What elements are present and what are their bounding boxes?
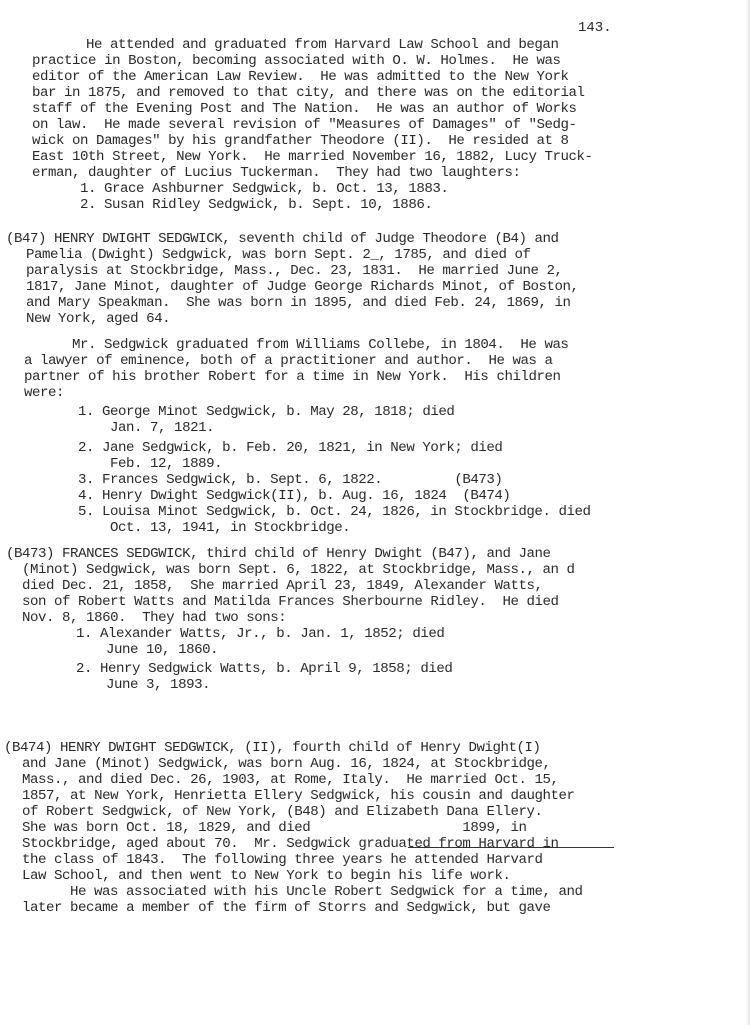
text-line: Jan. 7, 1821. xyxy=(110,420,214,436)
text-line: 2. Susan Ridley Sedgwick, b. Sept. 10, 1… xyxy=(80,197,432,213)
text-line: and Mary Speakman. She was born in 1895,… xyxy=(26,295,571,311)
text-line: 1. Grace Ashburner Sedgwick, b. Oct. 13,… xyxy=(80,181,448,197)
text-line: (B474) HENRY DWIGHT SEDGWICK, (II), four… xyxy=(4,740,541,756)
text-line: 1. Alexander Watts, Jr., b. Jan. 1, 1852… xyxy=(76,626,444,642)
text-line: a lawyer of eminence, both of a practiti… xyxy=(24,353,553,369)
text-line: 2. Jane Sedgwick, b. Feb. 20, 1821, in N… xyxy=(78,440,502,456)
text-line: Stockbridge, aged about 70. Mr. Sedgwick… xyxy=(22,836,559,852)
text-line: Feb. 12, 1889. xyxy=(110,456,222,472)
document-page: 143. He attended and graduated from Harv… xyxy=(0,0,750,1025)
text-line: June 3, 1893. xyxy=(106,677,210,693)
text-line: wick on Damages" by his grandfather Theo… xyxy=(32,133,569,149)
text-line: He attended and graduated from Harvard L… xyxy=(86,37,558,53)
text-line: New York, aged 64. xyxy=(26,311,170,327)
text-line: paralysis at Stockbridge, Mass., Dec. 23… xyxy=(26,263,563,279)
text-line: 5. Louisa Minot Sedgwick, b. Oct. 24, 18… xyxy=(78,504,591,520)
text-line: Pamelia (Dwight) Sedgwick, was born Sept… xyxy=(26,247,530,263)
text-line: later became a member of the firm of Sto… xyxy=(22,900,551,916)
text-line: were: xyxy=(24,385,64,401)
text-line: bar in 1875, and removed to that city, a… xyxy=(32,85,585,101)
text-line: died Dec. 21, 1858, She married April 23… xyxy=(22,578,543,594)
text-line: editor of the American Law Review. He wa… xyxy=(32,69,569,85)
text-line: (B473) FRANCES SEDGWICK, third child of … xyxy=(6,546,551,562)
text-line: Nov. 8, 1860. They had two sons: xyxy=(22,610,286,626)
text-line: 2. Henry Sedgwick Watts, b. April 9, 185… xyxy=(76,661,452,677)
text-line: erman, daughter of Lucius Tuckerman. The… xyxy=(32,165,520,181)
text-line: practice in Boston, becoming associated … xyxy=(32,53,561,69)
text-line: on law. He made several revision of "Mea… xyxy=(32,117,577,133)
text-line: (Minot) Sedgwick, was born Sept. 6, 1822… xyxy=(22,562,575,578)
text-line: 1857, at New York, Henrietta Ellery Sedg… xyxy=(22,788,575,804)
text-line: He was associated with his Uncle Robert … xyxy=(70,884,583,900)
text-line: son of Robert Watts and Matilda Frances … xyxy=(22,594,559,610)
text-line: East 10th Street, New York. He married N… xyxy=(32,149,593,165)
text-line: partner of his brother Robert for a time… xyxy=(24,369,561,385)
page-number: 143. xyxy=(578,20,612,36)
text-line: 1. George Minot Sedgwick, b. May 28, 181… xyxy=(78,404,454,420)
text-line: Law School, and then went to New York to… xyxy=(22,868,510,884)
text-line: 1817, Jane Minot, daughter of Judge Geor… xyxy=(26,279,579,295)
text-line: (B47) HENRY DWIGHT SEDGWICK, seventh chi… xyxy=(6,231,559,247)
text-line: and Jane (Minot) Sedgwick, was born Aug.… xyxy=(22,756,551,772)
page-edge xyxy=(746,0,750,1025)
text-line: of Robert Sedgwick, of New York, (B48) a… xyxy=(22,804,543,820)
text-line: Oct. 13, 1941, in Stockbridge. xyxy=(110,520,350,536)
text-line: the class of 1843. The following three y… xyxy=(22,852,543,868)
text-line: 3. Frances Sedgwick, b. Sept. 6, 1822. (… xyxy=(78,472,502,488)
blank-death-date-line xyxy=(408,847,614,848)
text-line: staff of the Evening Post and The Nation… xyxy=(32,101,577,117)
text-line: 4. Henry Dwight Sedgwick(II), b. Aug. 16… xyxy=(78,488,510,504)
text-line: June 10, 1860. xyxy=(106,642,218,658)
text-line: Mr. Sedgwick graduated from Williams Col… xyxy=(72,337,568,353)
text-line: Mass., and died Dec. 26, 1903, at Rome, … xyxy=(22,772,559,788)
text-line: She was born Oct. 18, 1829, and died 189… xyxy=(22,820,526,836)
